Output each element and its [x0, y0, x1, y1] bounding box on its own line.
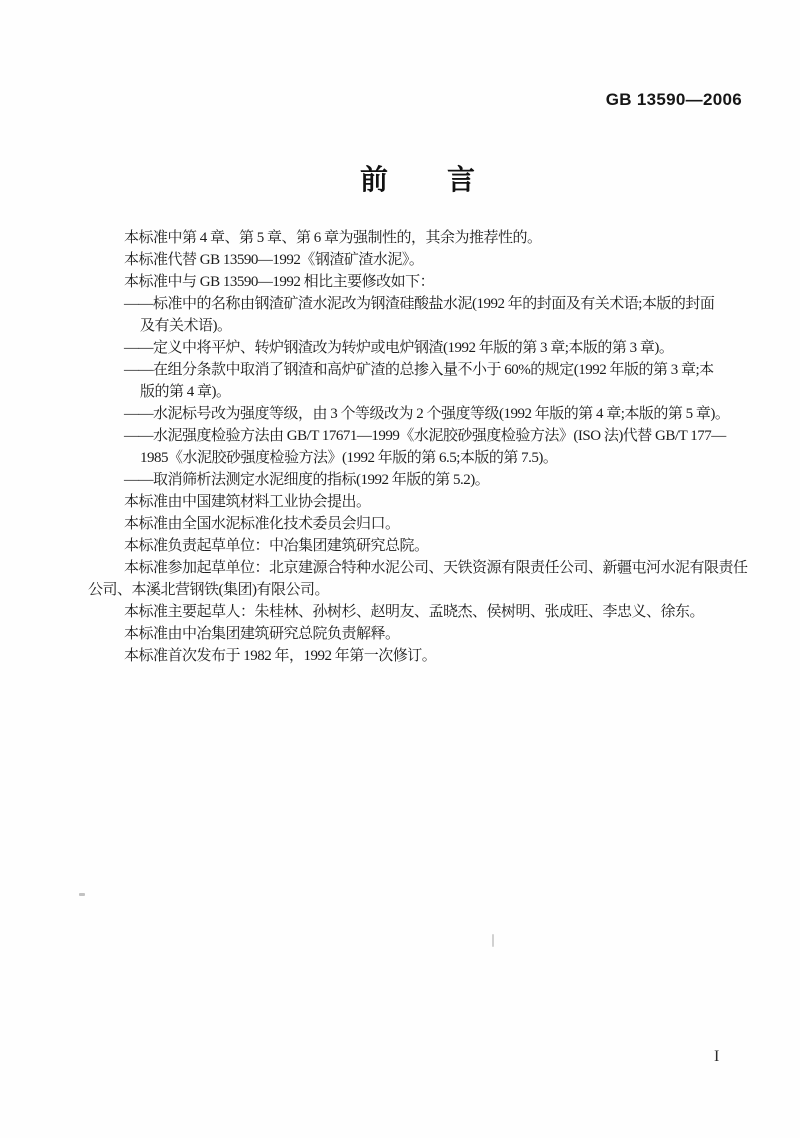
- text-line: ——在组分条款中取消了钢渣和高炉矿渣的总掺入量不小于 60%的规定(1992 年…: [88, 359, 740, 381]
- text-line: 及有关术语)。: [88, 315, 740, 337]
- document-page: GB 13590—2006 前 言 本标准中第 4 章、第 5 章、第 6 章为…: [0, 0, 800, 1138]
- text-line: ——水泥强度检验方法由 GB/T 17671—1999《水泥胶砂强度检验方法》(…: [88, 425, 740, 447]
- scan-speck: [492, 934, 494, 947]
- scan-speck: [79, 893, 85, 896]
- text-line: 本标准代替 GB 13590—1992《钢渣矿渣水泥》。: [88, 249, 740, 271]
- text-line: 本标准主要起草人：朱桂林、孙树杉、赵明友、孟晓杰、侯树明、张成旺、李忠义、徐东。: [88, 601, 740, 623]
- text-line: 本标准由中冶集团建筑研究总院负责解释。: [88, 623, 740, 645]
- page-number: I: [714, 1048, 719, 1066]
- text-line: 本标准中与 GB 13590—1992 相比主要修改如下：: [88, 271, 740, 293]
- text-line: ——定义中将平炉、转炉钢渣改为转炉或电炉钢渣(1992 年版的第 3 章;本版的…: [88, 337, 740, 359]
- text-line: 本标准负责起草单位：中冶集团建筑研究总院。: [88, 535, 740, 557]
- foreword-body: 本标准中第 4 章、第 5 章、第 6 章为强制性的，其余为推荐性的。 本标准代…: [88, 227, 740, 667]
- text-line: ——取消筛析法测定水泥细度的指标(1992 年版的第 5.2)。: [88, 469, 740, 491]
- text-line: 本标准由中国建筑材料工业协会提出。: [88, 491, 740, 513]
- text-line: 公司、本溪北营钢铁(集团)有限公司。: [88, 579, 740, 601]
- text-line: ——标准中的名称由钢渣矿渣水泥改为钢渣硅酸盐水泥(1992 年的封面及有关术语;…: [88, 293, 740, 315]
- text-line: 本标准参加起草单位：北京建源合特种水泥公司、天铁资源有限责任公司、新疆屯河水泥有…: [88, 557, 740, 579]
- text-line: 本标准由全国水泥标准化技术委员会归口。: [88, 513, 740, 535]
- page-title: 前 言: [18, 158, 800, 198]
- text-line: 本标准中第 4 章、第 5 章、第 6 章为强制性的，其余为推荐性的。: [88, 227, 740, 249]
- text-line: 1985《水泥胶砂强度检验方法》(1992 年版的第 6.5;本版的第 7.5)…: [88, 447, 740, 469]
- standard-number: GB 13590—2006: [606, 90, 742, 110]
- text-line: 版的第 4 章)。: [88, 381, 740, 403]
- text-line: 本标准首次发布于 1982 年，1992 年第一次修订。: [88, 645, 740, 667]
- text-line: ——水泥标号改为强度等级，由 3 个等级改为 2 个强度等级(1992 年版的第…: [88, 403, 740, 425]
